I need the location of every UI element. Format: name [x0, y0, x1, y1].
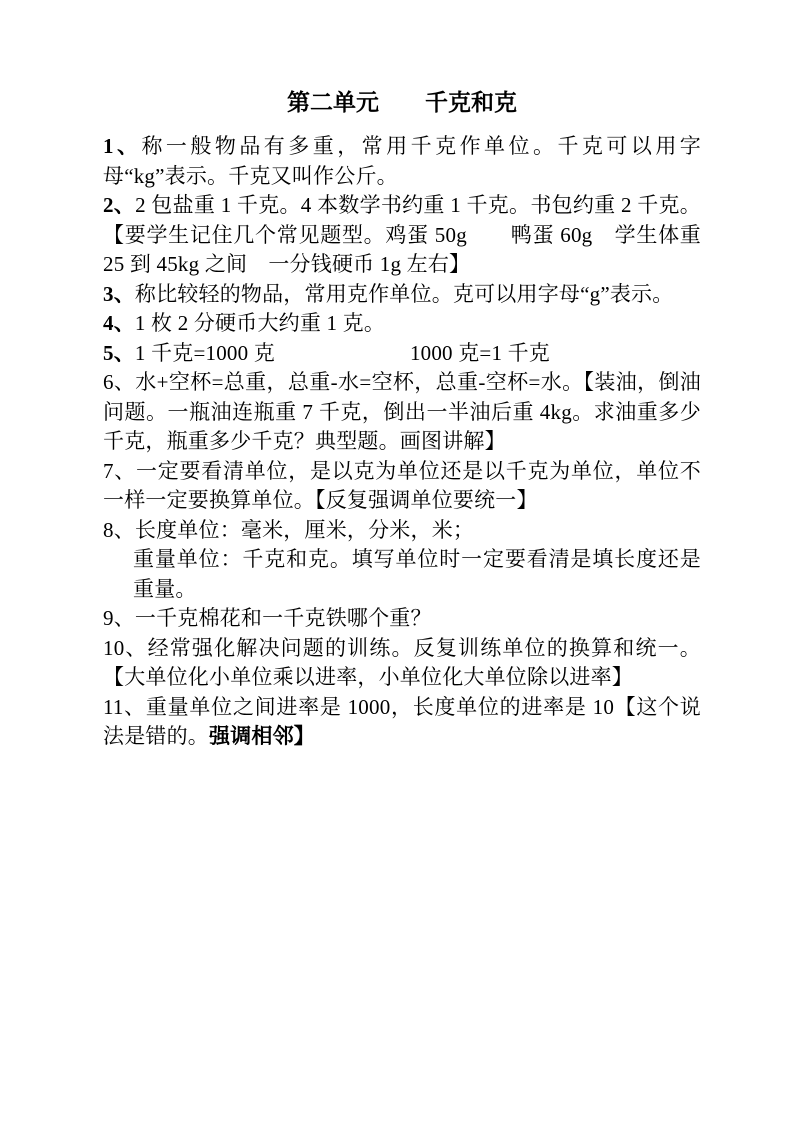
item-number: 11、 — [103, 695, 146, 719]
item-text: 称比较轻的物品，常用克作单位。克可以用字母“g”表示。 — [135, 282, 674, 306]
list-item-8-line2: 重量单位：千克和克。填写单位时一定要看清是填长度还是重量。 — [103, 545, 701, 604]
item-text: 长度单位：毫米，厘米，分米，米； — [135, 518, 474, 542]
item-number: 9、 — [103, 606, 135, 630]
item-number: 6、 — [103, 370, 135, 394]
item-number: 4、 — [103, 311, 135, 335]
list-item-11: 11、重量单位之间进率是 1000，长度单位的进率是 10【这个说法是错的。强调… — [103, 693, 701, 752]
item-text: 1 枚 2 分硬币大约重 1 克。 — [135, 311, 385, 335]
item-number: 10、 — [103, 636, 148, 660]
list-item-4: 4、1 枚 2 分硬币大约重 1 克。 — [103, 309, 701, 339]
list-item-8: 8、长度单位：毫米，厘米，分米，米； — [103, 516, 701, 546]
item-number: 8、 — [103, 518, 135, 542]
list-item-3: 3、称比较轻的物品，常用克作单位。克可以用字母“g”表示。 — [103, 280, 701, 310]
item-number: 5、 — [103, 341, 135, 365]
item-text: 一定要看清单位，是以克为单位还是以千克为单位，单位不一样一定要换算单位。【反复强… — [103, 459, 701, 513]
item-number: 3、 — [103, 282, 135, 306]
document-page: 第二单元 千克和克 1、称一般物品有多重，常用千克作单位。千克可以用字母“kg”… — [0, 0, 793, 1122]
item-text: 称一般物品有多重，常用千克作单位。千克可以用字母“kg”表示。千克又叫作公斤。 — [103, 134, 701, 188]
item-number: 7、 — [103, 459, 136, 483]
item-text: 水+空杯=总重，总重-水=空杯，总重-空杯=水。【装油，倒油问题。一瓶油连瓶重 … — [103, 370, 701, 453]
list-item-9: 9、一千克棉花和一千克铁哪个重？ — [103, 604, 701, 634]
item-text-part2: 1000 克=1 千克 — [410, 341, 550, 365]
item-text: 一千克棉花和一千克铁哪个重？ — [135, 606, 432, 630]
item-text: 1 千克=1000 克 — [135, 341, 275, 365]
item-text: 2 包盐重 1 千克。4 本数学书约重 1 千克。书包约重 2 千克。【要学生记… — [103, 193, 701, 276]
list-item-5: 5、1 千克=1000 克1000 克=1 千克 — [103, 339, 701, 369]
list-item-6: 6、水+空杯=总重，总重-水=空杯，总重-空杯=水。【装油，倒油问题。一瓶油连瓶… — [103, 368, 701, 457]
item-number: 2、 — [103, 193, 135, 217]
list-item-2: 2、2 包盐重 1 千克。4 本数学书约重 1 千克。书包约重 2 千克。【要学… — [103, 191, 701, 280]
item-text: 经常强化解决问题的训练。反复训练单位的换算和统一。【大单位化小单位乘以进率，小单… — [103, 636, 701, 690]
list-item-7: 7、一定要看清单位，是以克为单位还是以千克为单位，单位不一样一定要换算单位。【反… — [103, 457, 701, 516]
item-text: 重量单位之间进率是 1000，长度单位的进率是 10【这个说法是错的。 — [103, 695, 701, 749]
list-item-10: 10、经常强化解决问题的训练。反复训练单位的换算和统一。【大单位化小单位乘以进率… — [103, 634, 701, 693]
item-number: 1、 — [103, 134, 141, 158]
page-title: 第二单元 千克和克 — [103, 86, 701, 118]
item-text: 重量单位：千克和克。填写单位时一定要看清是填长度还是重量。 — [133, 547, 701, 601]
item-bold-text: 强调相邻】 — [209, 724, 315, 748]
list-item-1: 1、称一般物品有多重，常用千克作单位。千克可以用字母“kg”表示。千克又叫作公斤… — [103, 132, 701, 191]
